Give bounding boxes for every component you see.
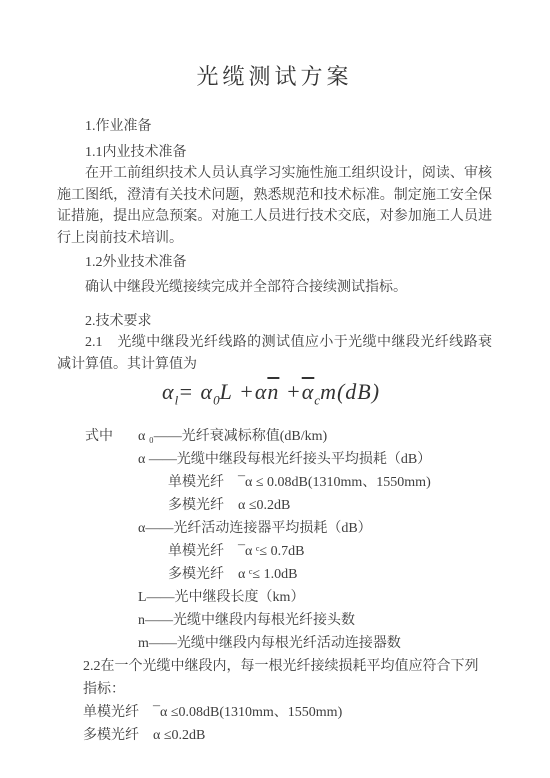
s22-single-mode-spec: 单模光纤 ¯α ≤0.08dB(1310mm、1550mm) (83, 701, 492, 724)
formula-n-bar: n (267, 379, 279, 404)
document-title: 光缆测试方案 (57, 62, 492, 92)
s22-multi-mode-spec: 多模光纤 α ≤0.2dB (83, 724, 492, 747)
symbol-connector-multi-mode: 多模光纤 α ᶜ≤ 1.0dB (168, 563, 492, 586)
formula-equals: = (178, 379, 200, 404)
formula-alpha-joint: α (255, 379, 268, 404)
symbols-row-alpha0: 式中α ₀——光纤衰减标称值(dB/km) (85, 425, 492, 448)
paragraph-2-2: 2.2在一个光缆中继段内，每一根光纤接续损耗平均值应符合下列指标： (83, 655, 492, 701)
symbol-joint-count-definition: n——光缆中继段内每根光纤接头数 (138, 609, 492, 632)
symbol-connector-single-mode: 单模光纤 ¯α ᶜ≤ 0.7dB (168, 540, 492, 563)
symbol-length-definition: L——光中继段长度（km） (138, 586, 492, 609)
formula-alpha-0: α (201, 379, 214, 404)
symbol-joint-loss-definition: α ——光缆中继段每根光纤接头平均损耗（dB） (138, 448, 492, 471)
symbol-alpha0-definition: α ₀——光纤衰减标称值(dB/km) (138, 429, 327, 444)
formula-alpha-total: α (162, 379, 175, 404)
heading-1-1: 1.1内业技术准备 (85, 143, 492, 163)
paragraph-preparation: 在开工前组织技术人员认真学习实施性施工组织设计，阅读、审核施工图纸，澄清有关技术… (57, 163, 492, 249)
formula-tail: m(dB) (320, 379, 380, 404)
formula-alpha-conn: α (302, 379, 315, 404)
formula-plus-2: + (279, 379, 301, 404)
formula-length: L (220, 379, 233, 404)
symbol-connector-loss-definition: α——光纤活动连接器平均损耗（dB） (138, 517, 492, 540)
attenuation-formula: αl= α0L +αn +αcm(dB) (162, 375, 492, 417)
heading-2: 2.技术要求 (85, 312, 492, 332)
document-page: 光缆测试方案 1.作业准备 1.1内业技术准备 在开工前组织技术人员认真学习实施… (0, 0, 550, 778)
symbol-joint-single-mode: 单模光纤 ¯α ≤ 0.08dB(1310mm、1550mm) (168, 471, 492, 494)
page-content: 光缆测试方案 1.作业准备 1.1内业技术准备 在开工前组织技术人员认真学习实施… (0, 0, 550, 747)
formula-plus-1: + (232, 379, 254, 404)
paragraph-2-1: 2.1 光缆中继段光纤线路的测试值应小于光缆中继段光纤线路衰减计算值。其计算值为 (57, 332, 492, 375)
paragraph-confirmation: 确认中继段光缆接续完成并全部符合接续测试指标。 (85, 278, 492, 298)
heading-1: 1.作业准备 (85, 117, 492, 137)
symbol-joint-multi-mode: 多模光纤 α ≤0.2dB (168, 494, 492, 517)
symbol-connector-count-definition: m——光缆中继段内每根光纤活动连接器数 (138, 632, 492, 655)
heading-1-2: 1.2外业技术准备 (85, 253, 492, 273)
formula-where-label: 式中 (85, 425, 138, 448)
